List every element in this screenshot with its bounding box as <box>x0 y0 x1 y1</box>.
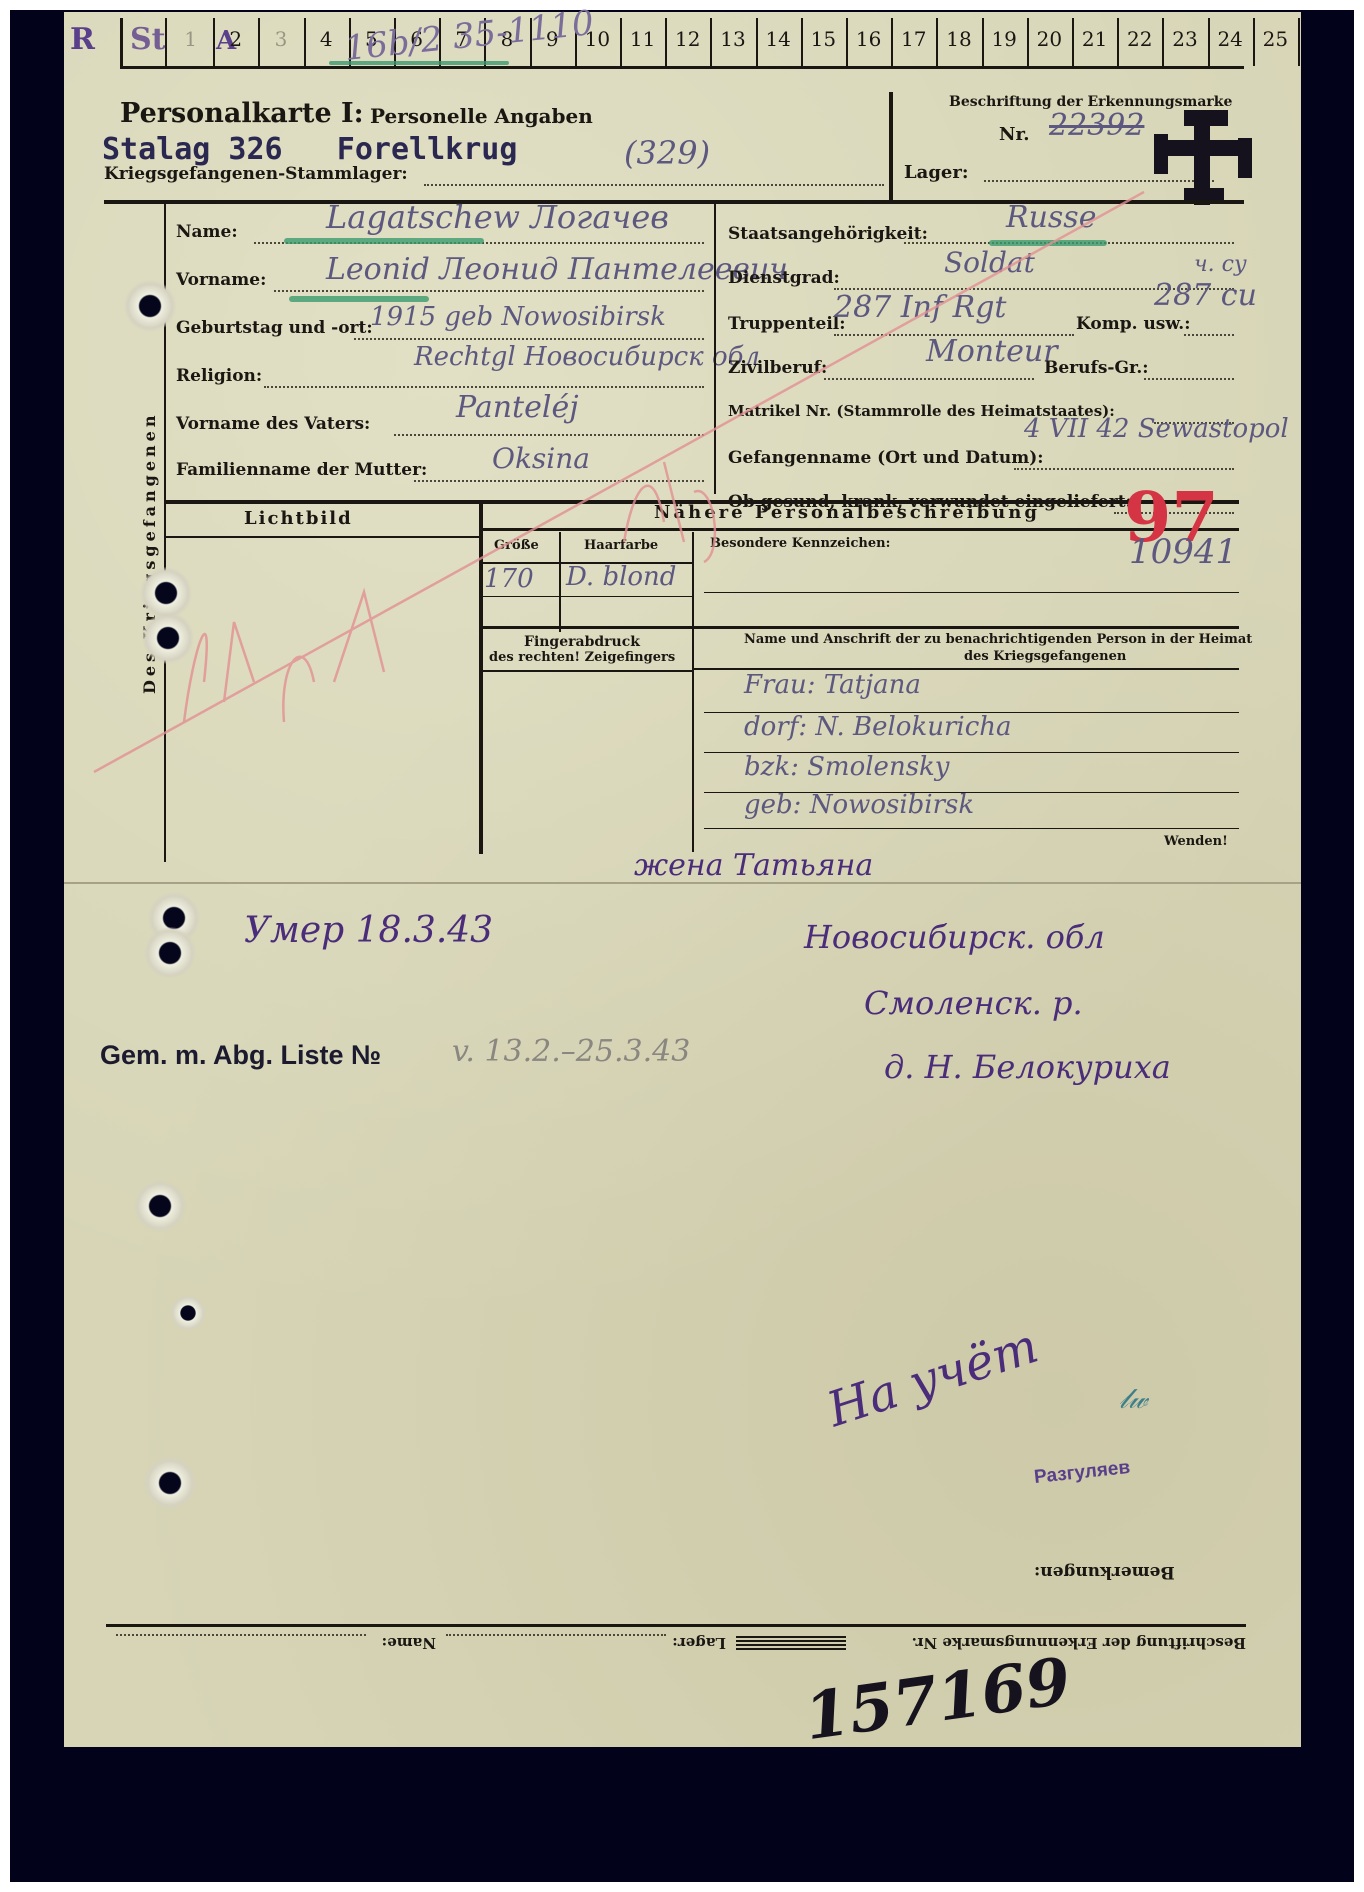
number-cell: 25 <box>1255 12 1296 66</box>
personnel-card: R St A 123456789101112131415161718192021… <box>64 12 1301 1747</box>
number-cell: 15 <box>803 12 844 66</box>
death-note: Умер 18.3.43 <box>244 910 493 951</box>
number-cell: 1 <box>170 12 211 66</box>
number-cell: 13 <box>712 12 753 66</box>
tag-nr-label: Nr. <box>999 124 1030 145</box>
punch-hole <box>142 612 194 664</box>
number-cell: 14 <box>758 12 799 66</box>
stamp-r: R <box>70 22 95 57</box>
card-subtitle: Personelle Angaben <box>370 104 593 128</box>
number-cell: 20 <box>1029 12 1070 66</box>
punch-hole <box>144 927 196 979</box>
tag-nr-value: 22392 <box>1049 108 1144 143</box>
cell-divider <box>1298 18 1300 66</box>
number-cell: 16 <box>848 12 889 66</box>
number-cell: 19 <box>984 12 1025 66</box>
number-cell: 24 <box>1210 12 1251 66</box>
officer-name-stamp: Разгуляев <box>1033 1457 1131 1489</box>
list-label-stamp: Gem. m. Abg. Liste № <box>100 1040 381 1071</box>
number-cell: 4 <box>306 12 347 66</box>
back-name-label: Name: <box>382 1634 436 1652</box>
number-strip: R St A 123456789101112131415161718192021… <box>64 12 1244 70</box>
number-cell: 11 <box>622 12 663 66</box>
number-cell: 18 <box>938 12 979 66</box>
number-cell: 12 <box>667 12 708 66</box>
punch-hole <box>170 1295 206 1331</box>
remarks-label-upside-down: Bemerkungen: <box>1034 1562 1175 1582</box>
red-crayon-strokes <box>64 162 1301 882</box>
number-cell: 3 <box>260 12 301 66</box>
back-tag-label: Beschriftung der Erkennungsmarke Nr. <box>912 1634 1246 1652</box>
address-line-2: Смоленск. р. <box>864 984 1083 1022</box>
green-initials-icon: 𝓁𝓌 <box>1119 1382 1148 1416</box>
punch-hole <box>124 280 176 332</box>
number-cell: 22 <box>1119 12 1160 66</box>
number-cell: 23 <box>1164 12 1205 66</box>
address-line-3: д. Н. Белокуриха <box>884 1048 1171 1086</box>
number-cell: 21 <box>1074 12 1115 66</box>
stamp-st: St <box>130 22 166 57</box>
back-tag-strip-upside-down: Beschriftung der Erkennungsmarke Nr. Lag… <box>106 1628 1246 1654</box>
list-value: v. 13.2.–25.3.43 <box>452 1034 690 1069</box>
number-cell: 17 <box>893 12 934 66</box>
address-line-1: Новосибирск. обл <box>804 918 1105 956</box>
card-title: Personalkarte I: <box>120 98 364 129</box>
number-cell: 2 <box>215 12 256 66</box>
back-lager-label: Lager: <box>672 1634 726 1652</box>
punch-hole <box>134 1180 186 1232</box>
signature-note: На учёт <box>821 1318 1045 1438</box>
punch-hole <box>144 1457 196 1509</box>
bottom-number: 157169 <box>800 1644 1075 1755</box>
wife-russian-note: жена Татьяна <box>634 848 873 883</box>
